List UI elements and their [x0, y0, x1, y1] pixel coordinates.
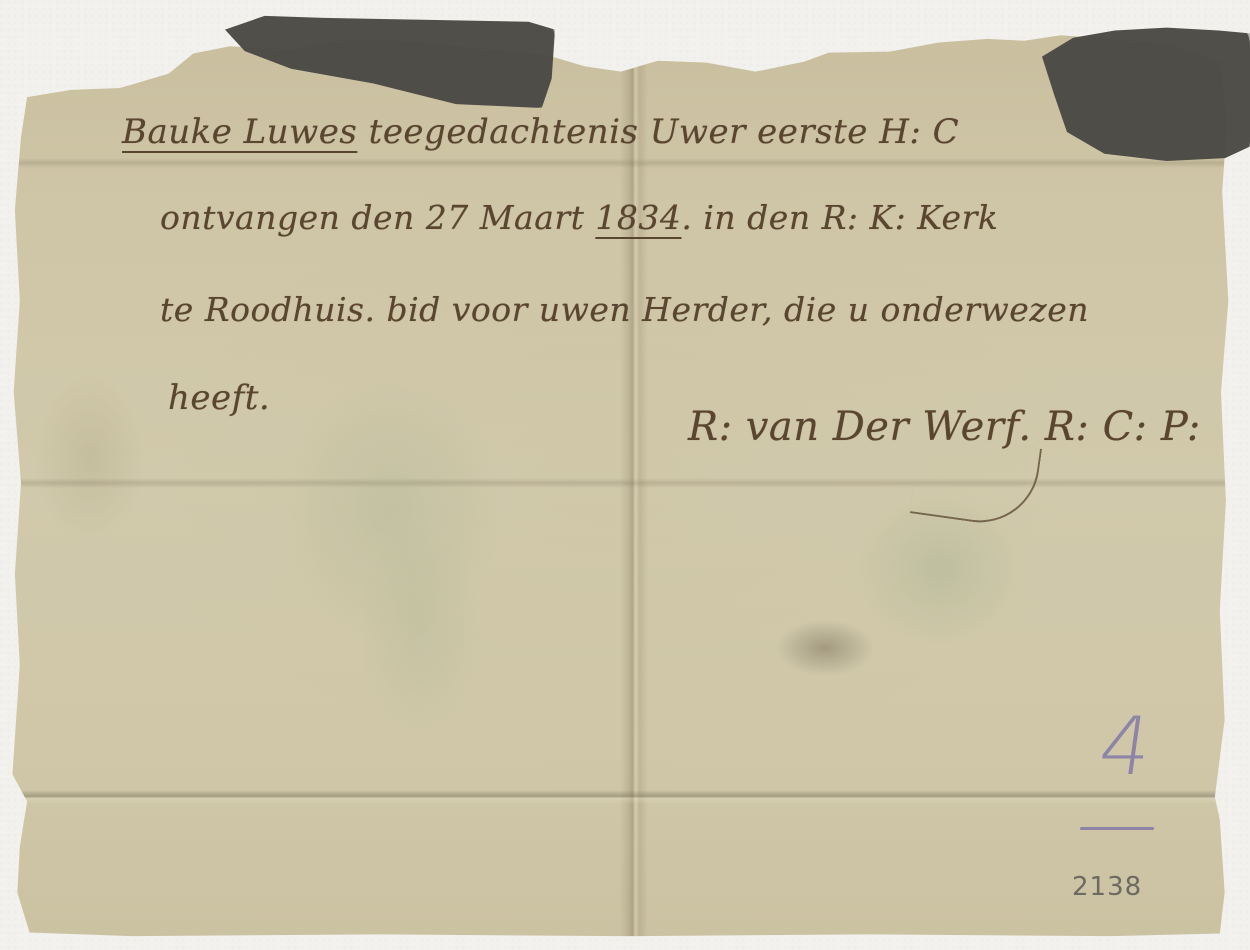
handwritten-line-3: te Roodhuis. bid voor uwen Herder, die u… [160, 290, 1089, 329]
line-1-text: teegedachtenis Uwer eerste H: C [357, 112, 959, 152]
pencil-underline-rule [1080, 827, 1154, 830]
year: 1834 [595, 198, 681, 237]
horizontal-fold-crease [10, 158, 1232, 168]
paper-sheet [10, 28, 1232, 938]
handwritten-line-2: ontvangen den 27 Maart 1834. in den R: K… [160, 198, 998, 237]
handwritten-line-4: heeft. [168, 378, 270, 418]
horizontal-fold-crease [10, 478, 1232, 488]
document-scan: Bauke Luwes teegedachtenis Uwer eerste H… [0, 0, 1250, 950]
handwritten-line-1: Bauke Luwes teegedachtenis Uwer eerste H… [122, 112, 959, 152]
horizontal-fold-crease [10, 790, 1232, 804]
recipient-name: Bauke Luwes [122, 112, 357, 152]
catalog-number: 2138 [1072, 872, 1142, 902]
line-2-text-after: . in den R: K: Kerk [681, 198, 998, 237]
line-2-text-before: ontvangen den 27 Maart [160, 198, 595, 237]
